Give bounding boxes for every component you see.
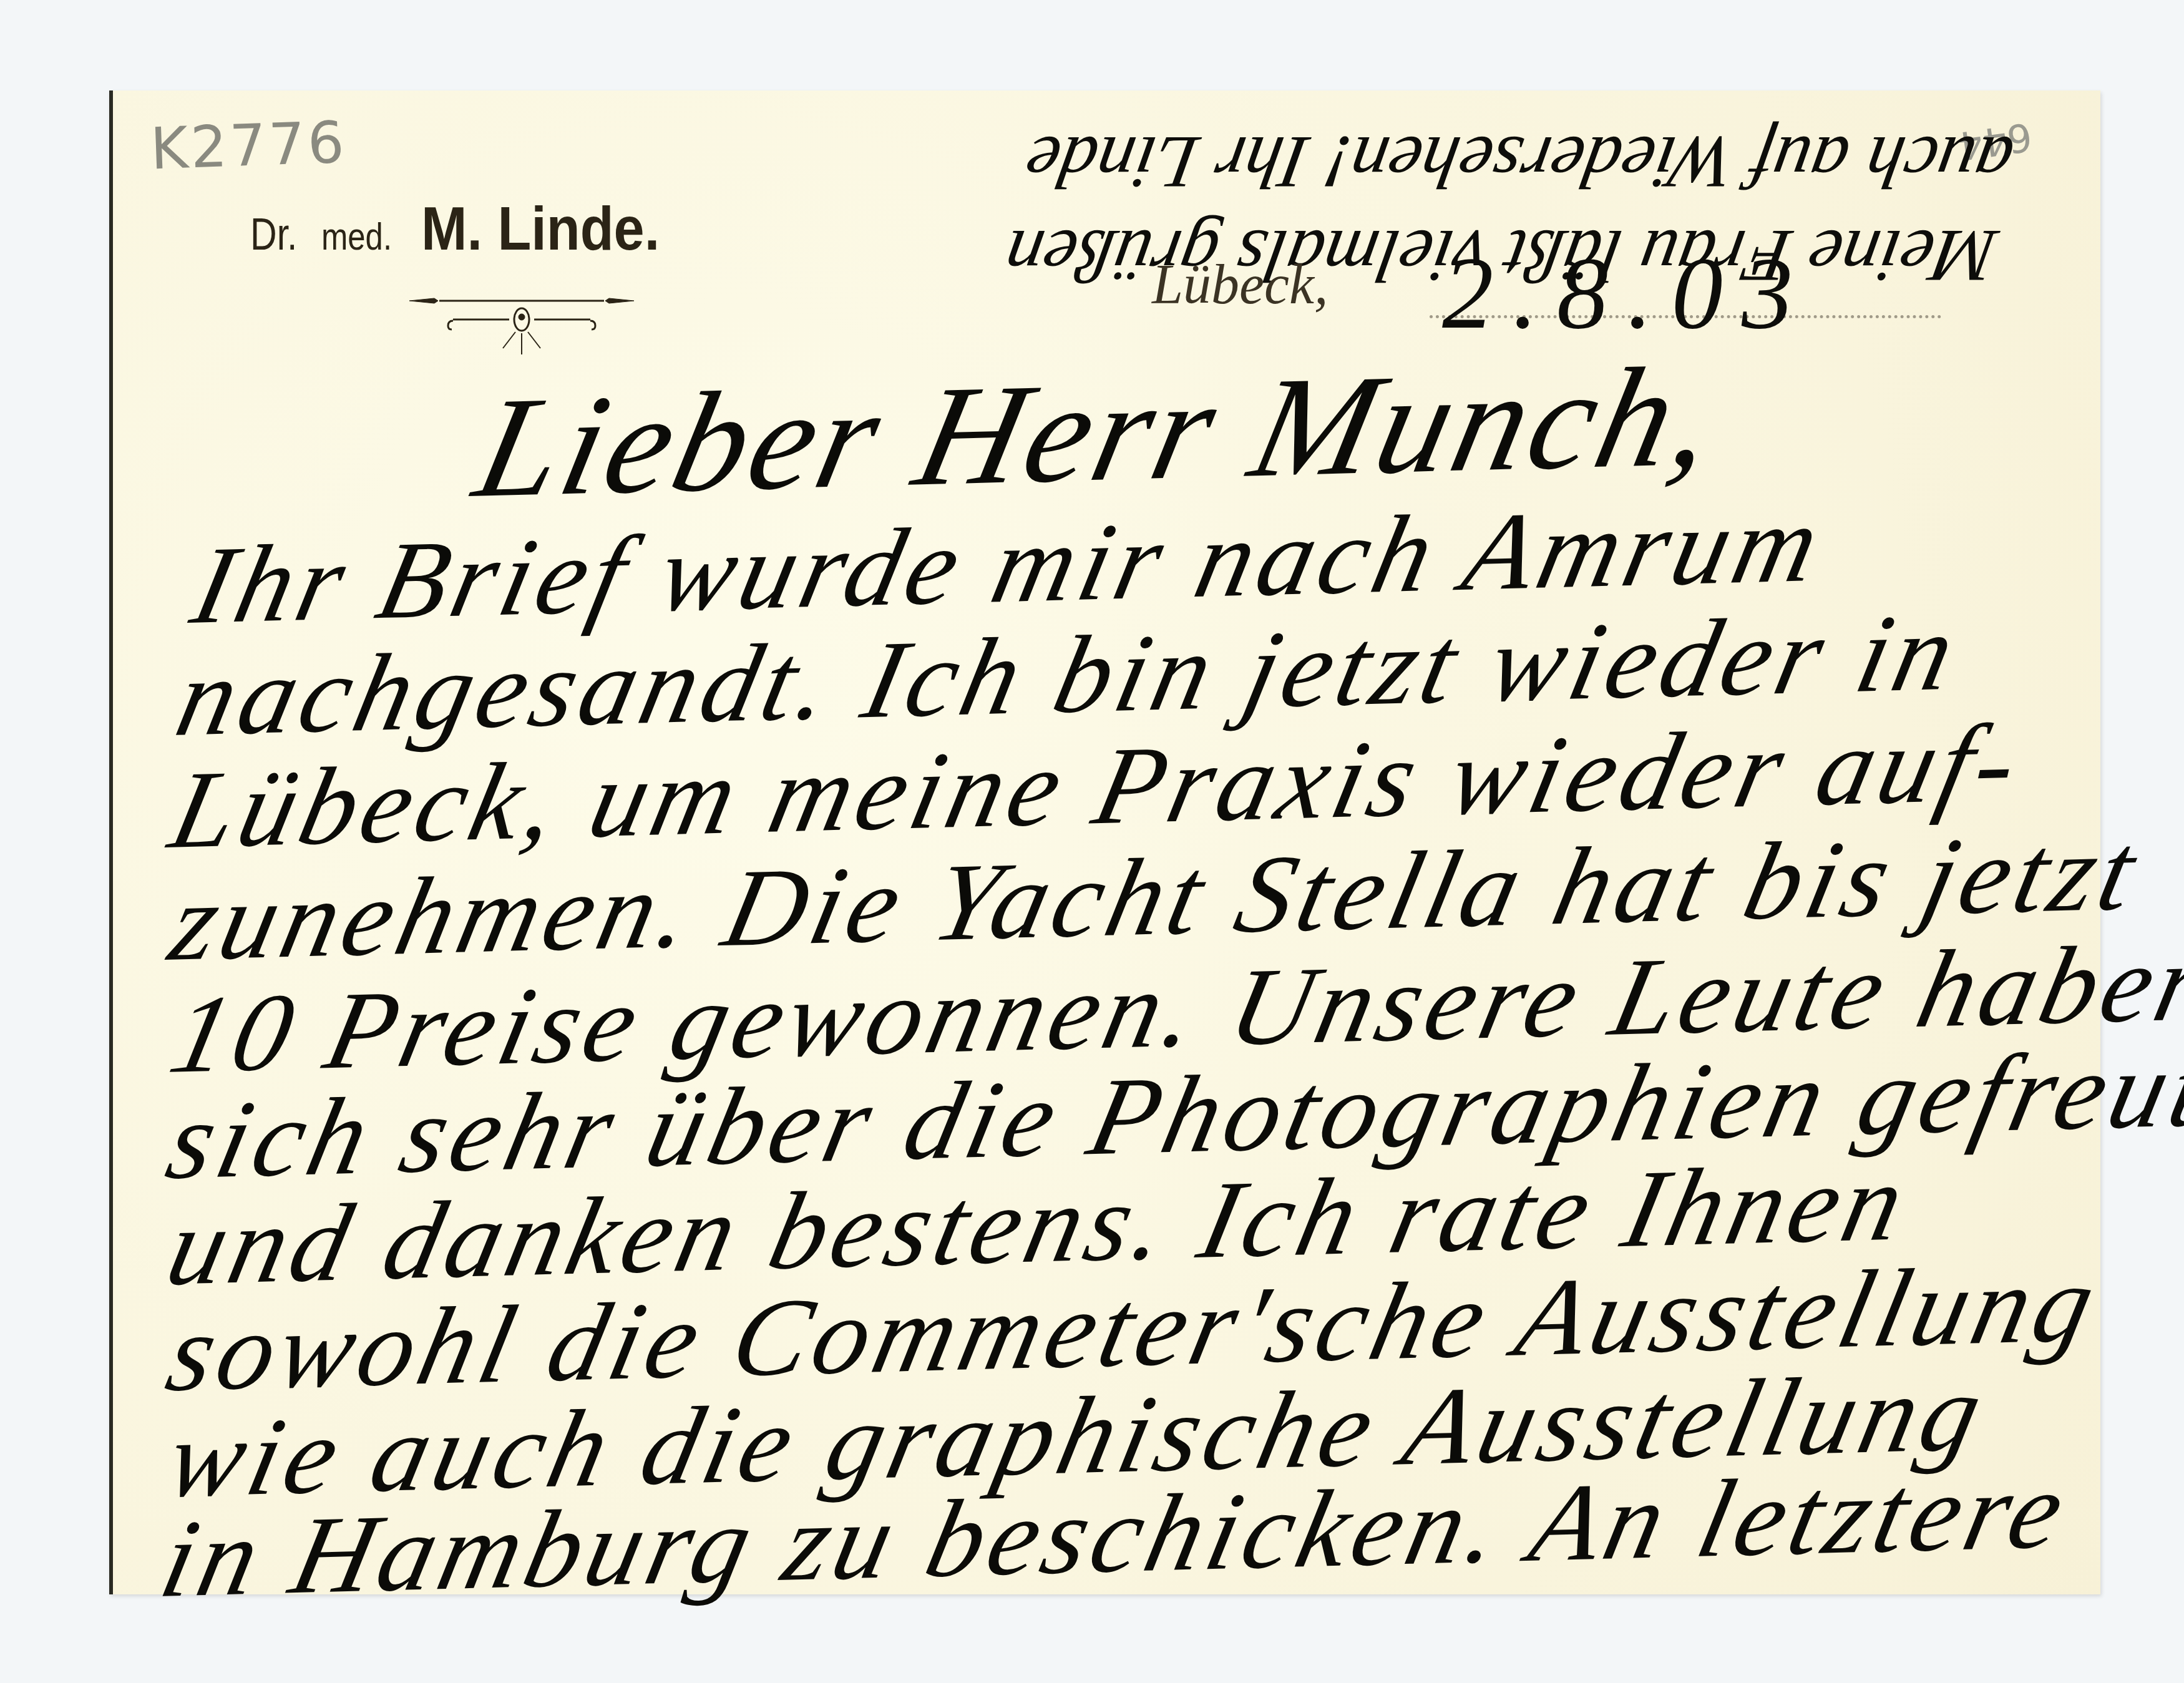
letter-card: K2776 644 Meine Frau läßt vielmals grüße… <box>109 90 2100 1594</box>
postscript-line: auch auf Wiedersehen! Ihr Linde <box>662 115 2020 209</box>
letterhead-ornament-icon <box>409 293 634 356</box>
letterhead: Dr. med. M. Linde. <box>250 193 686 264</box>
letterhead-title: Dr. <box>250 209 297 260</box>
letterhead-name: M. Linde. <box>421 193 660 264</box>
postscript-upside-down: Meine Frau läßt vielmals grüßen auch auf… <box>646 115 2021 303</box>
letterhead-title-med: med. <box>321 215 392 259</box>
place-name: Lübeck, <box>1152 253 1328 317</box>
letter-date: 2.8.03 <box>1442 234 1812 353</box>
archive-number: K2776 <box>149 109 348 183</box>
